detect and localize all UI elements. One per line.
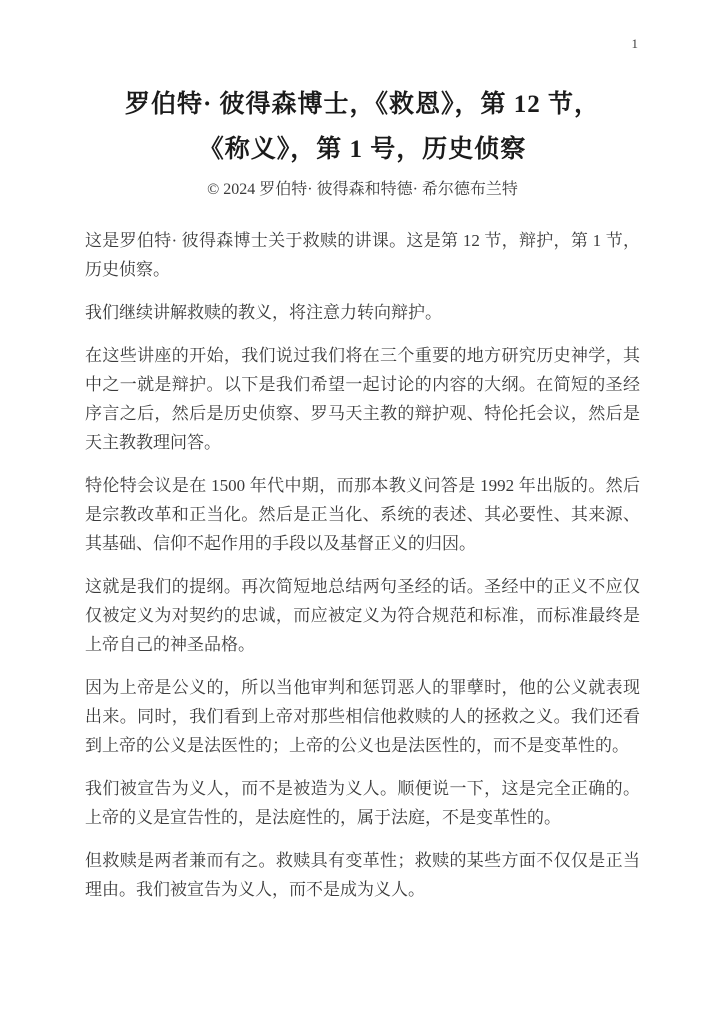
paragraph: 这是罗伯特· 彼得森博士关于救赎的讲课。这是第 12 节，辩护，第 1 节，历史… [85,226,640,284]
paragraph: 特伦特会议是在 1500 年代中期，而那本教义问答是 1992 年出版的。然后是… [85,471,640,558]
paragraph: 我们继续讲解救赎的教义，将注意力转向辩护。 [85,298,640,327]
document-title-line-1: 罗伯特· 彼得森博士，《救恩》，第 12 节， [85,82,640,127]
paragraph: 但救赎是两者兼而有之。救赎具有变革性；救赎的某些方面不仅仅是正当理由。我们被宣告… [85,846,640,904]
body-text: 这是罗伯特· 彼得森博士关于救赎的讲课。这是第 12 节，辩护，第 1 节，历史… [85,226,640,904]
page-content: 罗伯特· 彼得森博士，《救恩》，第 12 节， 《称义》，第 1 号，历史侦察 … [0,0,724,904]
document-title-line-2: 《称义》，第 1 号，历史侦察 [85,127,640,172]
document-page: 1 罗伯特· 彼得森博士，《救恩》，第 12 节， 《称义》，第 1 号，历史侦… [0,0,724,1024]
paragraph: 因为上帝是公义的，所以当他审判和惩罚恶人的罪孽时，他的公义就表现出来。同时，我们… [85,673,640,760]
copyright-line: © 2024 罗伯特· 彼得森和特德· 希尔德布兰特 [85,179,640,201]
document-title: 罗伯特· 彼得森博士，《救恩》，第 12 节， 《称义》，第 1 号，历史侦察 [85,82,640,172]
paragraph: 这就是我们的提纲。再次简短地总结两句圣经的话。圣经中的正义不应仅仅被定义为对契约… [85,572,640,659]
paragraph: 在这些讲座的开始，我们说过我们将在三个重要的地方研究历史神学，其中之一就是辩护。… [85,341,640,457]
paragraph: 我们被宣告为义人，而不是被造为义人。顺便说一下，这是完全正确的。上帝的义是宣告性… [85,774,640,832]
page-number: 1 [632,36,639,52]
